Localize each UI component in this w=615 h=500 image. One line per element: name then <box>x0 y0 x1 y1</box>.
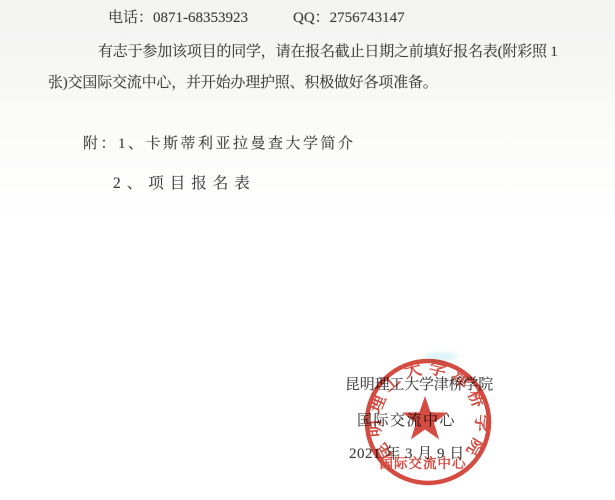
official-seal: 昆明理工大学津桥学院 国际交流中心 <box>358 352 498 492</box>
document-page: 电话：0871-68353923 QQ：2756743147 有志于参加该项目的… <box>0 0 615 500</box>
star-icon <box>402 396 448 439</box>
phone-number: 电话：0871-68353923 <box>108 10 248 26</box>
attachment-item-2: 2、项目报名表 <box>113 176 256 192</box>
attachment-item-1: 附：1、卡斯蒂利亚拉曼查大学简介 <box>83 136 356 152</box>
body-paragraph-line2: 张)交国际交流中心，并开始办理护照、积极做好各项准备。 <box>48 75 438 91</box>
seal-bottom-text: 国际交流中心 <box>380 455 467 471</box>
body-paragraph-line1: 有志于参加该项目的同学，请在报名截止日期之前填好报名表(附彩照 1 <box>98 44 558 60</box>
qq-number: QQ：2756743147 <box>293 10 405 26</box>
